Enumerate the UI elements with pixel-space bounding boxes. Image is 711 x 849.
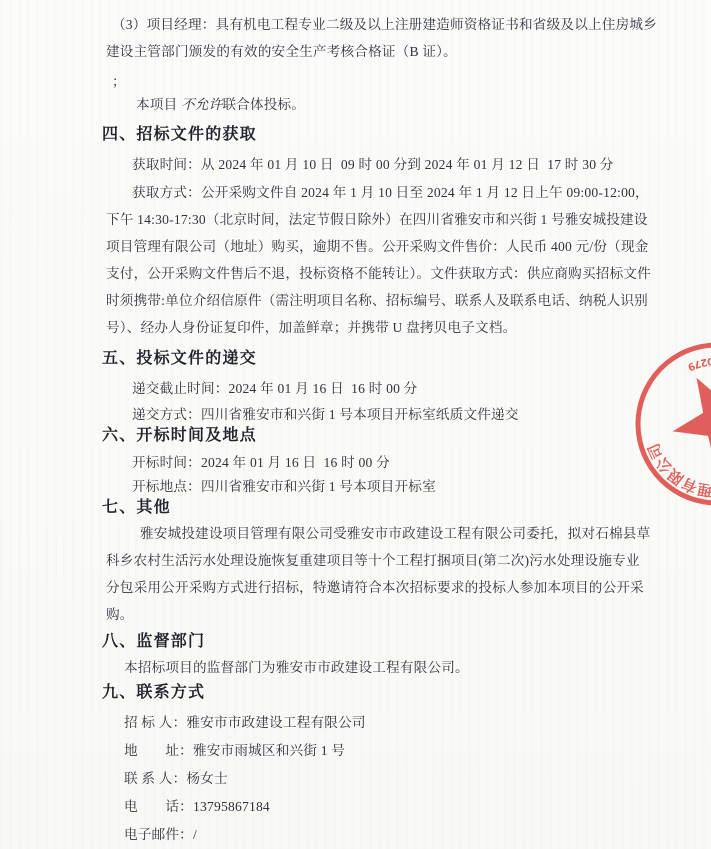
consortium-emphasis: 不允许 [181,97,222,112]
other-body-line-2: 科乡农村生活污水处理设施恢复重建项目等十个工程打捆项目(第二次)污水处理设施专业 [106,551,640,570]
contact-phone-line: 电 话：13795867184 [124,797,270,816]
section-heading-9: 九、联系方式 [102,683,205,702]
contact-person-line: 联 系 人：杨女士 [124,769,228,788]
open-time-line: 开标时间：2024 年 01 月 16 日 16 时 00 分 [132,453,390,472]
official-seal-stamp: 雅安城投建设项目管理有限公司 10279 [612,329,711,519]
document-page: （3）项目经理：具有机电工程专业二级及以上注册建造师资格证书和省级及以上住房城乡… [0,0,711,849]
submit-deadline-line: 递交截止时间：2024 年 01 月 16 日 16 时 00 分 [132,379,417,398]
qualification-line-2: 建设主管部门颁发的有效的安全生产考核合格证（B 证）。 [106,42,457,61]
open-place-line: 开标地点：四川省雅安市和兴街 1 号本项目开标室 [132,477,436,496]
contact-email-line: 电子邮件：/ [124,825,197,844]
consortium-post: 联合体投标。 [222,97,305,112]
svg-text:雅安城投建设项目管理有限公司: 雅安城投建设项目管理有限公司 [638,384,711,514]
obtain-method-line-6: 号）、经办人身份证复印件，加盖鲜章；并携带 U 盘拷贝电子文档。 [106,318,516,337]
other-body-line-1: 雅安城投建设项目管理有限公司受雅安市市政建设工程有限公司委托，拟对石棉县草 [140,524,650,543]
section-heading-4: 四、招标文件的获取 [102,125,257,144]
obtain-method-line-4: 支付，公开采购文件售后不退，投标资格不能转让）。文件获取方式：供应商购买招标文件 [106,264,651,283]
section-heading-6: 六、开标时间及地点 [102,426,257,445]
consortium-line: 本项目 不允许联合体投标。 [136,95,305,114]
seal-icon: 雅安城投建设项目管理有限公司 10279 [612,329,711,519]
section-heading-5: 五、投标文件的递交 [102,349,257,368]
obtain-method-line-5: 时须携带:单位介绍信原件（需注明项目名称、招标编号、联系人及联系电话、纳税人识别 [106,291,648,310]
supervisor-line: 本招标项目的监督部门为雅安市市政建设工程有限公司。 [124,658,469,677]
consortium-pre: 本项目 [136,97,181,112]
other-body-line-4: 购。 [106,605,134,624]
qualification-line-1: （3）项目经理：具有机电工程专业二级及以上注册建造师资格证书和省级及以上住房城乡 [112,15,657,34]
contact-address-line: 地 址：雅安市雨城区和兴街 1 号 [124,741,345,760]
contact-tenderer-line: 招 标 人：雅安市市政建设工程有限公司 [124,713,366,732]
section-heading-8: 八、监督部门 [102,632,205,651]
stray-semicolon: ； [112,72,126,91]
obtain-method-line-3: 项目管理有限公司（地址）购买，逾期不售。公开采购文件售价：人民币 400 元/份… [106,237,649,256]
submit-way-line: 递交方式：四川省雅安市和兴街 1 号本项目开标室纸质文件递交 [132,405,519,424]
obtain-method-line-2: 下午 14:30-17:30（北京时间，法定节假日除外）在四川省雅安市和兴街 1… [106,210,648,229]
section-heading-7: 七、其他 [102,498,171,517]
other-body-line-3: 分包采用公开采购方式进行招标，特邀请符合本次招标要求的投标人参加本项目的公开采 [106,578,644,597]
obtain-method-line-1: 获取方式：公开采购文件自 2024 年 1 月 10 日至 2024 年 1 月… [132,183,649,202]
obtain-time-line: 获取时间：从 2024 年 01 月 10 日 09 时 00 分到 2024 … [132,155,614,174]
svg-text:10279: 10279 [685,353,711,373]
